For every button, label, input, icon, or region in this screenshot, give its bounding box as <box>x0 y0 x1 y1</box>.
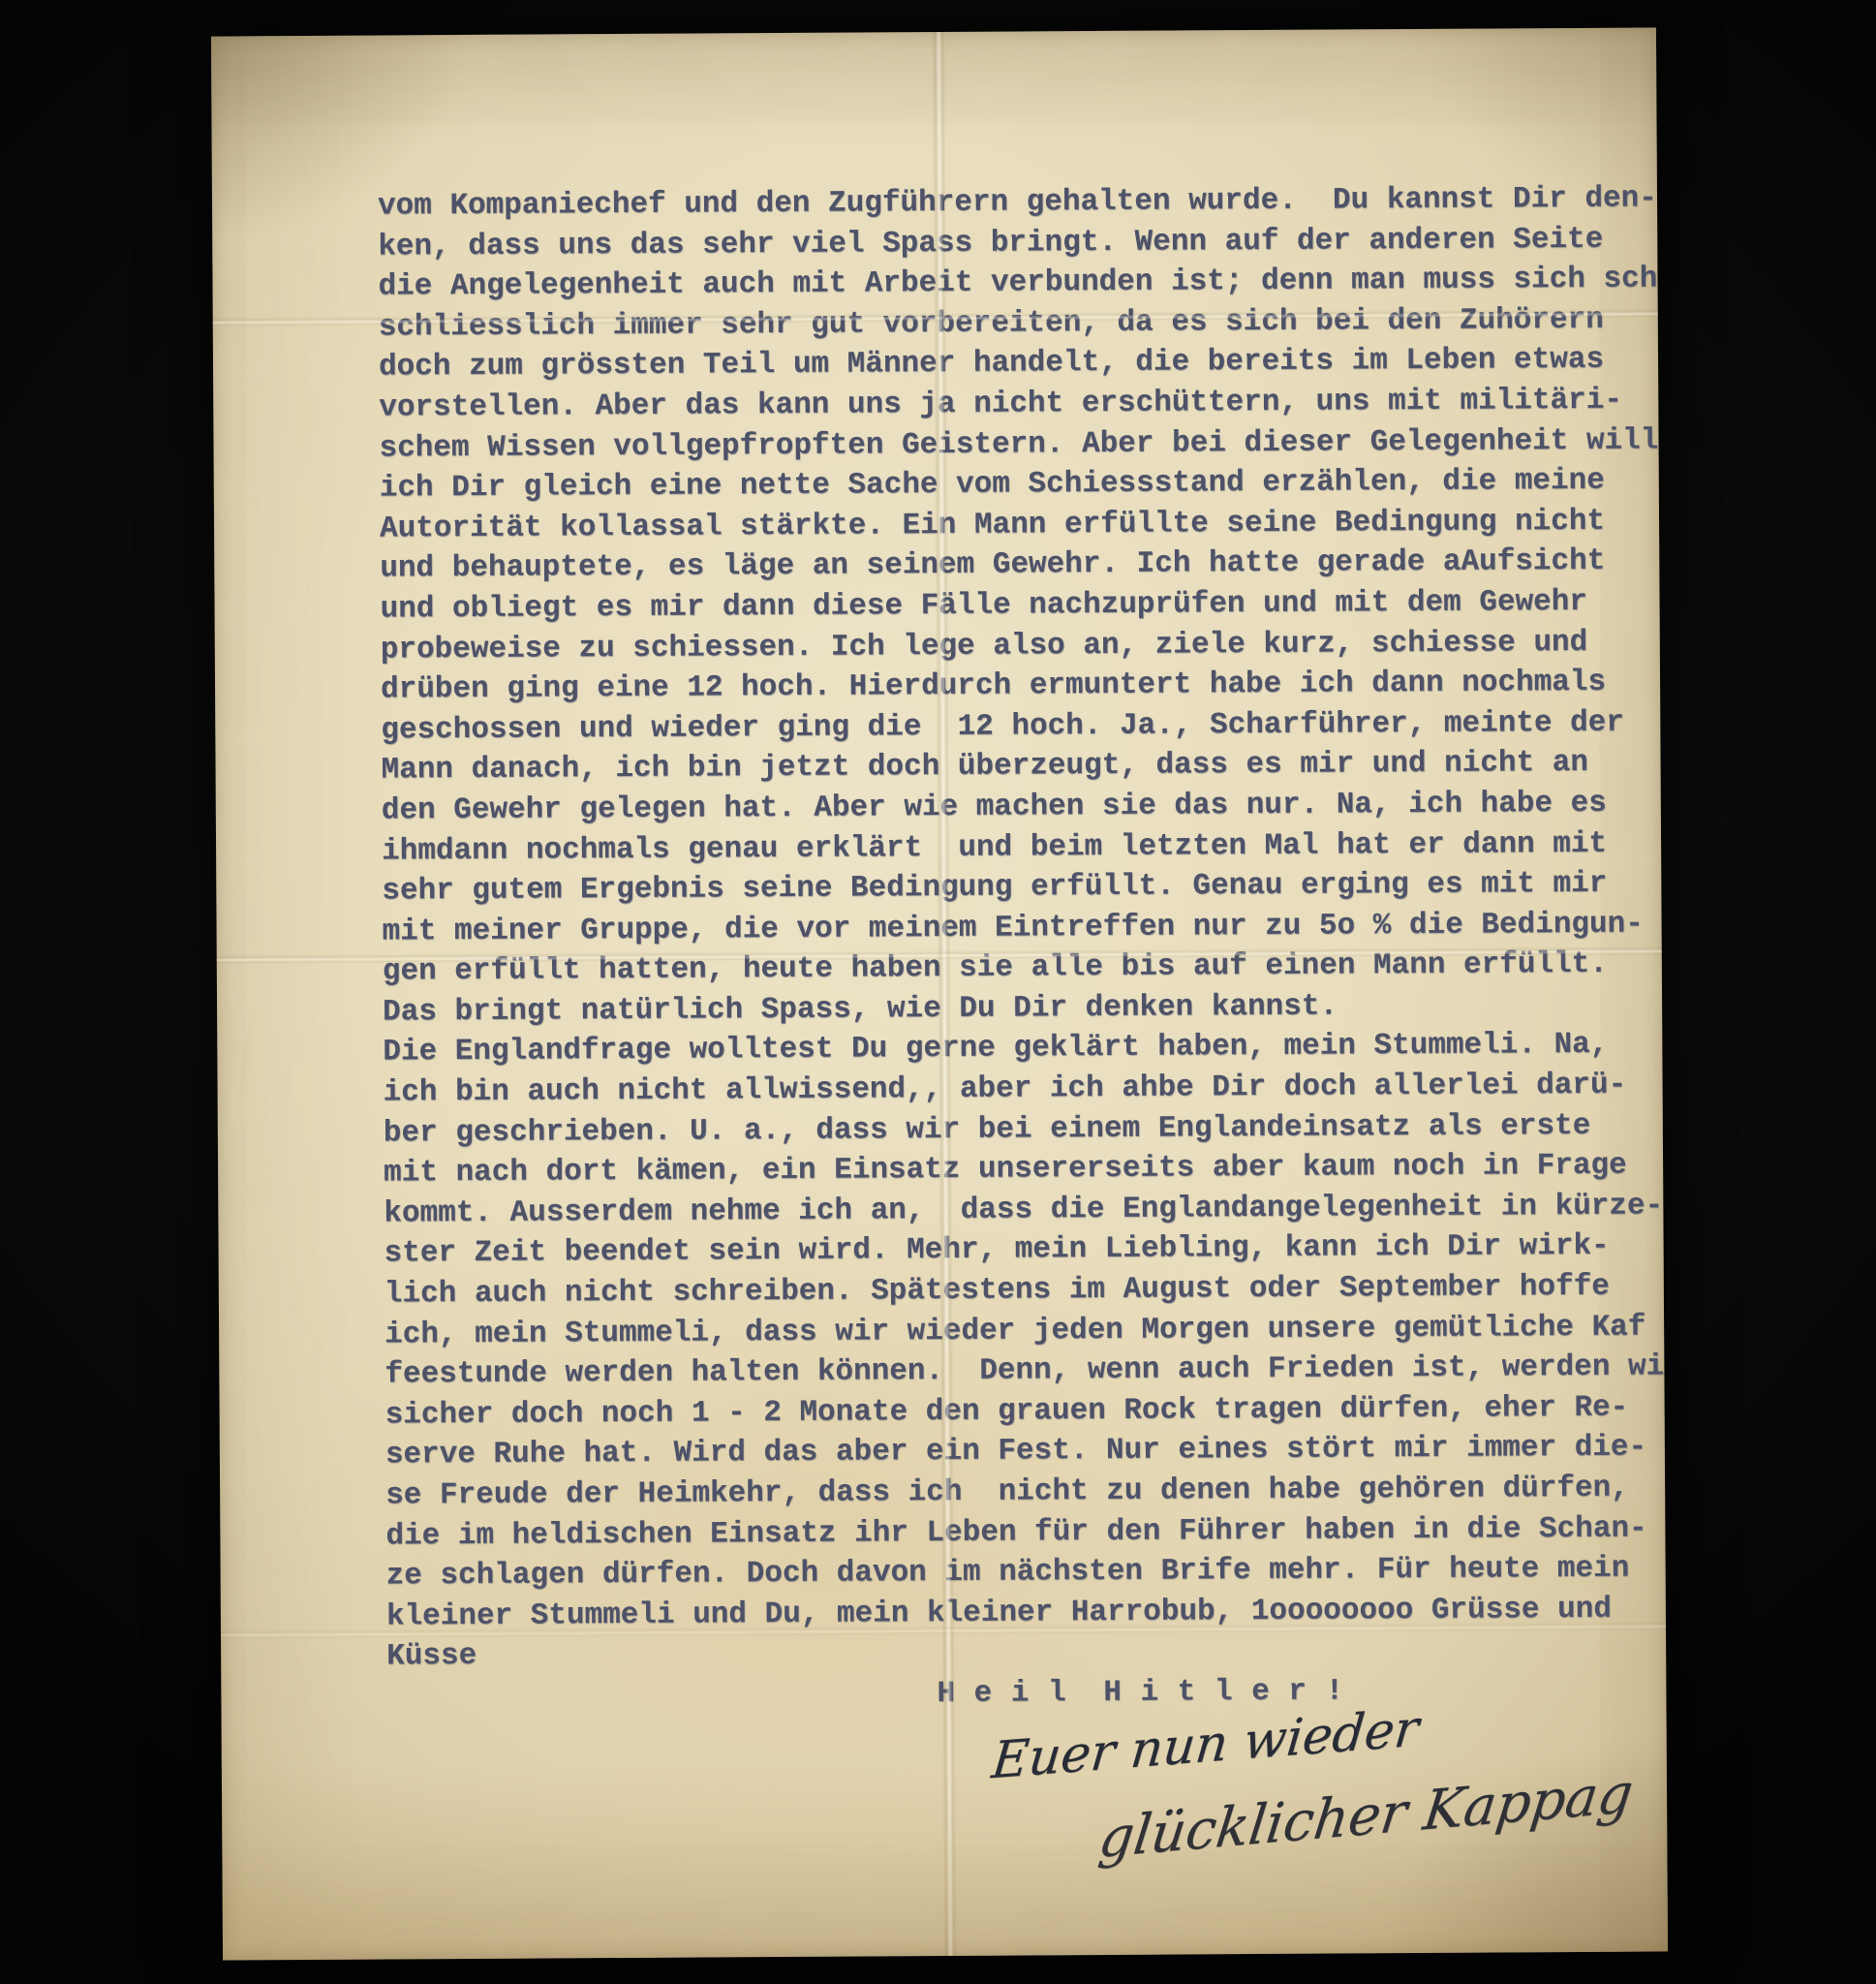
letter-body: vom Kompaniechef und den Zugführern geha… <box>378 178 1668 1718</box>
letter-line: den Gewehr gelegen hat. Aber wie machen … <box>382 783 1668 831</box>
letter-line: und obliegt es mir dann diese Fälle nach… <box>380 581 1668 630</box>
handwritten-signature-line-2: glücklicher Kappag <box>1095 1762 1637 1872</box>
letter-paper: vom Kompaniechef und den Zugführern geha… <box>211 27 1668 1960</box>
letter-lines: vom Kompaniechef und den Zugführern geha… <box>378 178 1668 1677</box>
letter-line: gen erfüllt hatten, heute haben sie alle… <box>383 944 1668 992</box>
photo-background: vom Kompaniechef und den Zugführern geha… <box>0 0 1876 1984</box>
letter-line: kleiner Stummeli und Du, mein kleiner Ha… <box>386 1589 1668 1637</box>
